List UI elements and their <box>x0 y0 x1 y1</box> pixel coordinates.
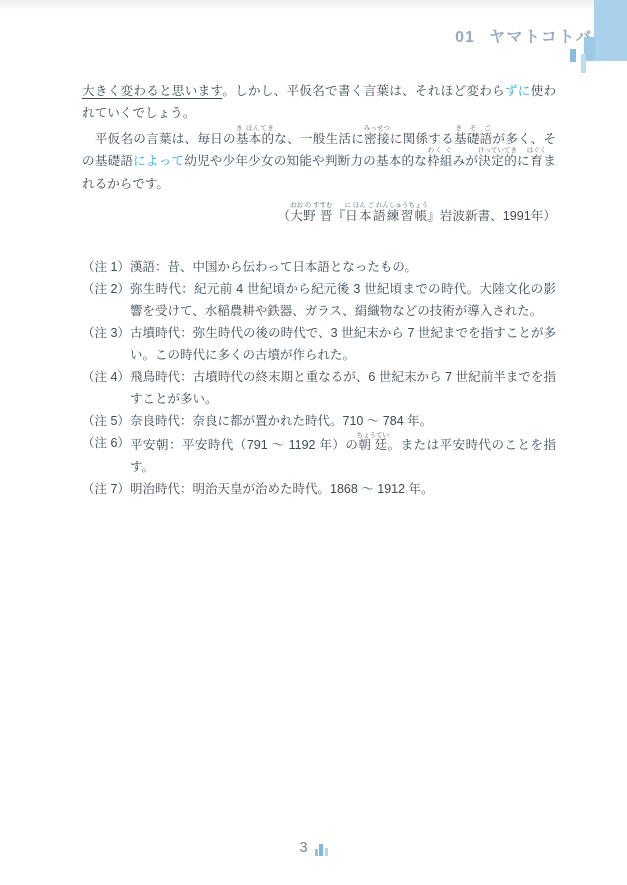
note-row: （注 7） 明治時代：明治天皇が治めた時代。1868 ～ 1912 年。 <box>82 478 556 500</box>
citation-line: （大野 晋おお の すすむ『日本語練習帳に ほん ご れんしゅうちょう』岩波新書… <box>82 202 556 229</box>
note-row: （注 3） 古墳時代：弥生時代の後の時代で、3 世紀末から 7 世紀までを指すこ… <box>82 322 556 366</box>
page-number: 3 <box>299 841 307 857</box>
note-label: （注 4） <box>82 366 130 410</box>
header-deco-block-large-icon <box>594 0 627 61</box>
note-label: （注 1） <box>82 256 130 278</box>
document-page: 01ヤマトコトバ 大きく変わると思います。しかし、平仮名で書く言葉は、それほど変… <box>0 0 627 885</box>
note-text: 飛鳥時代：古墳時代の終末期と重なるが、6 世紀末から 7 世紀前半までを指すこと… <box>130 366 556 410</box>
chapter-number: 01 <box>455 29 475 46</box>
note-row: （注 2） 弥生時代：紀元前 4 世紀頃から紀元後 3 世紀頃までの時代。大陸文… <box>82 278 556 322</box>
note-text: 漢語：昔、中国から伝わって日本語となったもの。 <box>130 256 556 278</box>
note-row: （注 4） 飛鳥時代：古墳時代の終末期と重なるが、6 世紀末から 7 世紀前半ま… <box>82 366 556 410</box>
note-label: （注 3） <box>82 322 130 366</box>
note-row: （注 6） 平安朝：平安時代（791 ～ 1192 年）の朝廷ちょうてい。または… <box>82 432 556 478</box>
note-label: （注 6） <box>82 432 130 478</box>
note-row: （注 1） 漢語：昔、中国から伝わって日本語となったもの。 <box>82 256 556 278</box>
note-label: （注 7） <box>82 478 130 500</box>
note-text: 明治時代：明治天皇が治めた時代。1868 ～ 1912 年。 <box>130 478 556 500</box>
note-label: （注 5） <box>82 410 130 432</box>
paragraph-1: 大きく変わると思います。しかし、平仮名で書く言葉は、それほど変わらずに使われてい… <box>82 80 556 125</box>
chapter-header: 01ヤマトコトバ <box>455 24 593 47</box>
page-content: 大きく変わると思います。しかし、平仮名で書く言葉は、それほど変わらずに使われてい… <box>82 80 556 500</box>
note-text: 古墳時代：弥生時代の後の時代で、3 世紀末から 7 世紀までを指すことが多い。こ… <box>130 322 556 366</box>
paragraph-2: 平仮名の言葉は、毎日の基本的き ほんてきな、一般生活に密接みっせつに関係する基礎… <box>82 125 556 195</box>
note-text: 奈良時代：奈良に都が置かれた時代。710 ～ 784 年。 <box>130 410 556 432</box>
page-footer: 3 <box>0 841 627 857</box>
header-deco-bar-icon <box>570 49 576 62</box>
chapter-title: ヤマトコトバ <box>489 29 593 46</box>
header-deco-bar-icon <box>581 54 586 73</box>
note-text: 弥生時代：紀元前 4 世紀頃から紀元後 3 世紀頃までの時代。大陸文化の影響を受… <box>130 278 556 322</box>
note-text: 平安朝：平安時代（791 ～ 1192 年）の朝廷ちょうてい。または平安時代のこ… <box>130 432 556 478</box>
note-label: （注 2） <box>82 278 130 322</box>
top-edge-shadow <box>0 0 627 10</box>
bar-chart-icon <box>315 844 328 856</box>
note-row: （注 5） 奈良時代：奈良に都が置かれた時代。710 ～ 784 年。 <box>82 410 556 432</box>
notes-section: （注 1） 漢語：昔、中国から伝わって日本語となったもの。 （注 2） 弥生時代… <box>82 256 556 500</box>
